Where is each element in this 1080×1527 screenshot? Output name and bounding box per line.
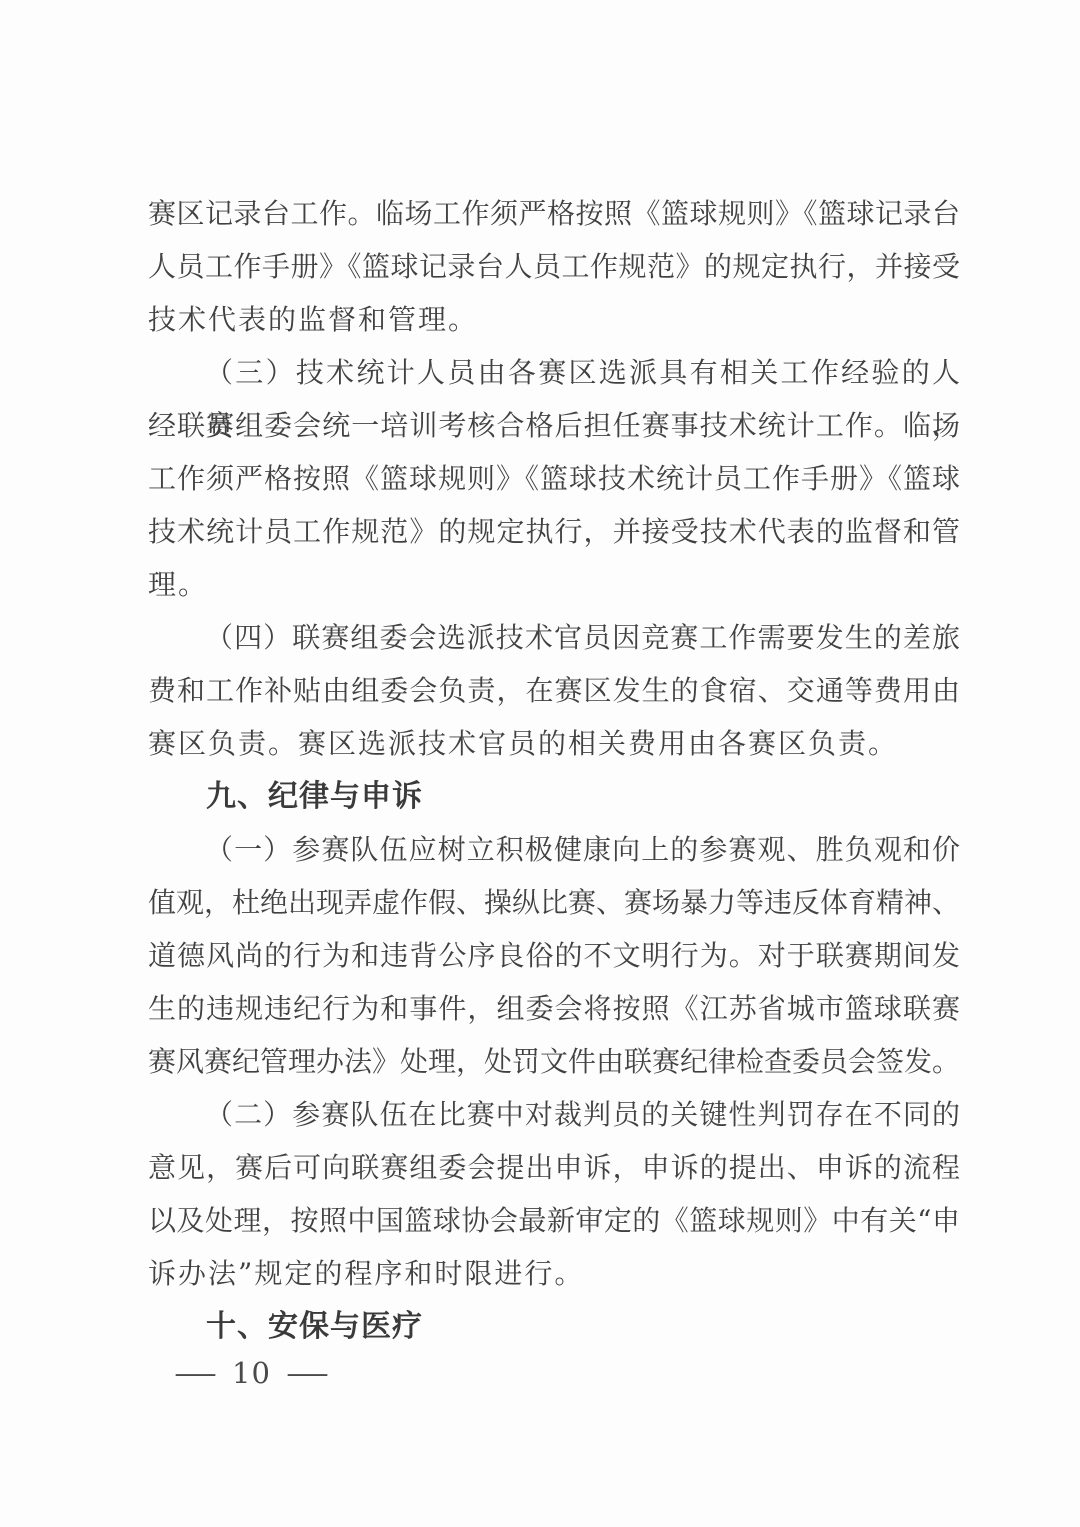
paragraph-line: 赛区负责。赛区选派技术官员的相关费用由各赛区负责。 <box>148 717 960 770</box>
section-heading-9: 九、纪律与申诉 <box>148 770 960 823</box>
footer-dash-right: — <box>286 1355 330 1391</box>
paragraph-line: 赛区记录台工作。临场工作须严格按照《篮球规则》《篮球记录台 <box>148 187 960 240</box>
paragraph-line: 意见，赛后可向联赛组委会提出申诉，申诉的提出、申诉的流程 <box>148 1141 960 1194</box>
paragraph-line: 技术统计员工作规范》的规定执行，并接受技术代表的监督和管 <box>148 505 960 558</box>
paragraph-line: 道德风尚的行为和违背公序良俗的不文明行为。对于联赛期间发 <box>148 929 960 982</box>
paragraph-line: 工作须严格按照《篮球规则》《篮球技术统计员工作手册》《篮球 <box>148 452 960 505</box>
paragraph-line: 经联赛组委会统一培训考核合格后担任赛事技术统计工作。临场 <box>148 399 960 452</box>
paragraph-line: 费和工作补贴由组委会负责，在赛区发生的食宿、交通等费用由 <box>148 664 960 717</box>
page-footer: — 10 — <box>181 1355 322 1391</box>
paragraph-line: 诉办法”规定的程序和时限进行。 <box>148 1247 960 1300</box>
section-heading-10: 十、安保与医疗 <box>148 1300 960 1353</box>
paragraph-line: （四）联赛组委会选派技术官员因竞赛工作需要发生的差旅 <box>148 611 960 664</box>
footer-dash-left: — <box>174 1355 218 1391</box>
paragraph-line: （一）参赛队伍应树立积极健康向上的参赛观、胜负观和价 <box>148 823 960 876</box>
paragraph-line: 赛风赛纪管理办法》处理，处罚文件由联赛纪律检查委员会签发。 <box>148 1035 960 1088</box>
paragraph-line: 值观，杜绝出现弄虚作假、操纵比赛、赛场暴力等违反体育精神、 <box>148 876 960 929</box>
document-body: 赛区记录台工作。临场工作须严格按照《篮球规则》《篮球记录台 人员工作手册》《篮球… <box>148 187 960 1353</box>
page-number: 10 <box>232 1355 271 1391</box>
paragraph-line: 人员工作手册》《篮球记录台人员工作规范》的规定执行，并接受 <box>148 240 960 293</box>
paragraph-line: 理。 <box>148 558 960 611</box>
paragraph-line: 技术代表的监督和管理。 <box>148 293 960 346</box>
paragraph-line: 生的违规违纪行为和事件，组委会将按照《江苏省城市篮球联赛 <box>148 982 960 1035</box>
paragraph-line: 以及处理，按照中国篮球协会最新审定的《篮球规则》中有关“申 <box>148 1194 960 1247</box>
paragraph-line: （三）技术统计人员由各赛区选派具有相关工作经验的人员， <box>148 346 960 399</box>
paragraph-line: （二）参赛队伍在比赛中对裁判员的关键性判罚存在不同的 <box>148 1088 960 1141</box>
document-page: 赛区记录台工作。临场工作须严格按照《篮球规则》《篮球记录台 人员工作手册》《篮球… <box>0 0 1080 1527</box>
